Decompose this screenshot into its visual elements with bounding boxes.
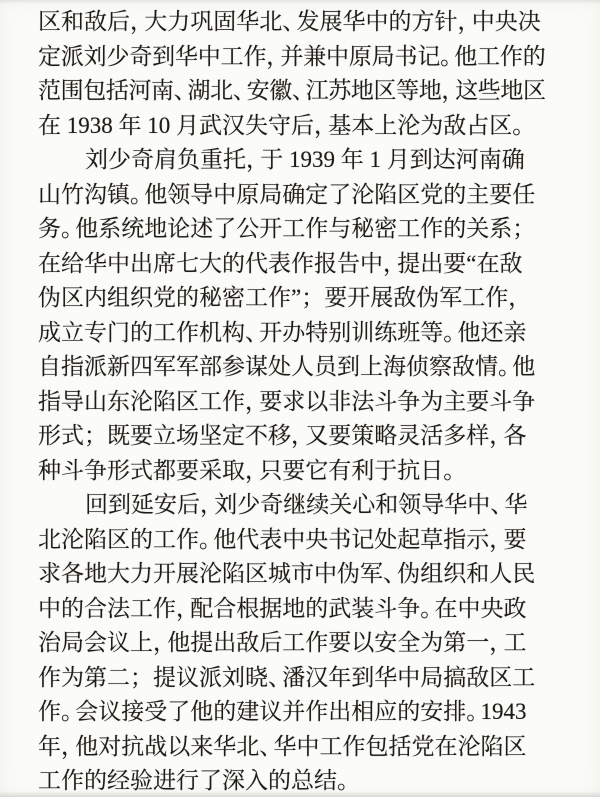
scanned-page: 区和敌后，大力巩固华北、发展华中的方针，中央决定派刘少奇到华中工作，并兼中原局书… (0, 0, 600, 797)
text-line: 种斗争形式都要采取，只要它有利于抗日。 (38, 454, 546, 489)
paragraph-indent (38, 511, 85, 512)
text-line: 回到延安后，刘少奇继续关心和领导华中、华 (38, 488, 546, 523)
text-line: 定派刘少奇到华中工作，并兼中原局书记。他工作的 (38, 40, 546, 75)
text-line: 求各地大力开展沦陷区城市中伪军、伪组织和人民 (38, 557, 546, 592)
paragraph: 区和敌后，大力巩固华北、发展华中的方针，中央决定派刘少奇到华中工作，并兼中原局书… (38, 5, 546, 143)
text-line: 伪区内组织党的秘密工作”；要开展敌伪军工作， (38, 281, 546, 316)
text-line: 刘少奇肩负重托，于 1939 年 1 月到达河南确 (38, 143, 546, 178)
scan-smudge-top (0, 0, 600, 4)
text-line: 作。会议接受了他的建议并作出相应的安排。1943 (38, 695, 546, 730)
text-line: 务。他系统地论述了公开工作与秘密工作的关系； (38, 212, 546, 247)
text-line: 在 1938 年 10 月武汉失守后，基本上沦为敌占区。 (38, 109, 546, 144)
paragraph: 刘少奇肩负重托，于 1939 年 1 月到达河南确山竹沟镇。他领导中原局确定了沦… (38, 143, 546, 488)
text-line: 作为第二；提议派刘晓、潘汉年到华中局搞敌区工 (38, 661, 546, 696)
text-line: 自指派新四军军部参谋处人员到上海侦察敌情。他 (38, 350, 546, 385)
text-line: 区和敌后，大力巩固华北、发展华中的方针，中央决 (38, 5, 546, 40)
text-line: 工作的经验进行了深入的总结。 (38, 764, 546, 797)
paragraph-indent (38, 166, 85, 167)
text-line: 范围包括河南、湖北、安徽、江苏地区等地，这些地区 (38, 74, 546, 109)
text-line: 山竹沟镇。他领导中原局确定了沦陷区党的主要任 (38, 178, 546, 213)
text-line: 指导山东沦陷区工作，要求以非法斗争为主要斗争 (38, 385, 546, 420)
paragraph: 回到延安后，刘少奇继续关心和领导华中、华北沦陷区的工作。他代表中央书记处起草指示… (38, 488, 546, 797)
text-line: 成立专门的工作机构、开办特别训练班等。他还亲 (38, 316, 546, 351)
text-line: 治局会议上，他提出敌后工作要以安全为第一，工 (38, 626, 546, 661)
text-line: 在给华中出席七大的代表作报告中，提出要“在敌 (38, 247, 546, 282)
text-line: 形式；既要立场坚定不移，又要策略灵活多样，各 (38, 419, 546, 454)
text-line: 北沦陷区的工作。他代表中央书记处起草指示，要 (38, 523, 546, 558)
text-line: 中的合法工作，配合根据地的武装斗争。在中央政 (38, 592, 546, 627)
text-column: 区和敌后，大力巩固华北、发展华中的方针，中央决定派刘少奇到华中工作，并兼中原局书… (38, 5, 546, 797)
text-line: 年，他对抗战以来华北、华中工作包括党在沦陷区 (38, 730, 546, 765)
